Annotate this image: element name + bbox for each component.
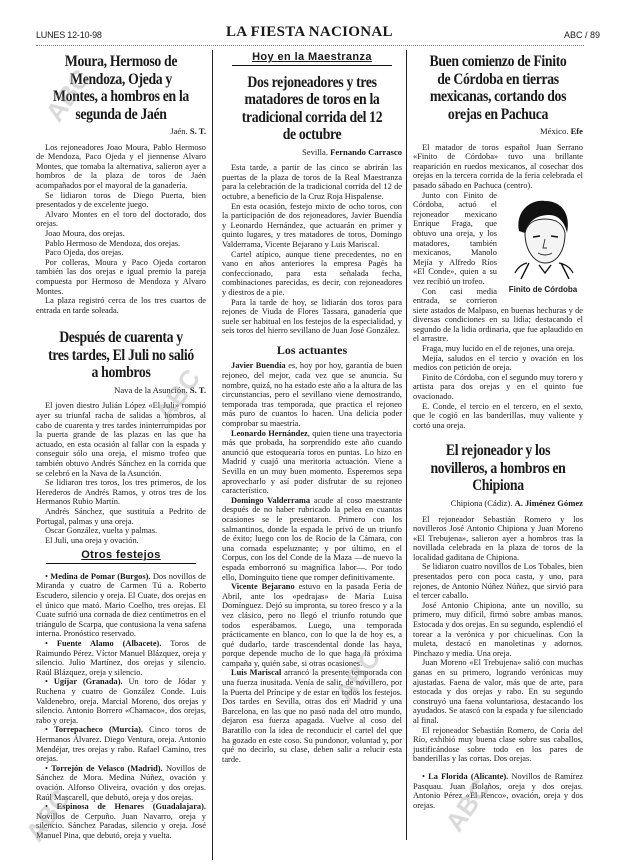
paragraph: Cartel atípico, aunque tiene precedentes…	[222, 250, 402, 298]
paragraph: Domingo Valderrama acude al coso maestra…	[222, 496, 402, 582]
paragraph: En esta ocasión, festejo mixto de ocho t…	[222, 202, 402, 250]
paragraph: El rejoneador Sebastián Romero y los nov…	[413, 515, 583, 563]
list-item: • Espinosa de Henares (Guadalajara). Nov…	[36, 802, 206, 840]
paragraph: Esta tarde, a partir de las cinco se abr…	[222, 163, 402, 201]
paragraph: Andrés Sánchez, que sustituía a Pedrito …	[36, 507, 206, 526]
article-chipiona: El rejoneador y los novilleros, a hombro…	[413, 442, 583, 810]
paragraph: La plaza registró cerca de los tres cuar…	[36, 296, 206, 315]
paragraph: Vicente Bejarano estuvo en la pasada Fer…	[222, 582, 402, 668]
paragraph: Alvaro Montes en el toro del doctorado, …	[36, 210, 206, 229]
paragraph: Luis Mariscal arrancó la presente tempor…	[222, 668, 402, 764]
paragraph: Pablo Hermoso de Mendoza, dos orejas.	[36, 239, 206, 249]
portrait-illustration	[505, 193, 581, 279]
paragraph: Leonardo Hernández, quien tiene una tray…	[222, 429, 402, 496]
page-number: ABC / 89	[564, 30, 600, 40]
paragraph: Se lidiaron tres toros, los tres primero…	[36, 478, 206, 507]
paragraph: Oscar González, vuelta y palmas.	[36, 526, 206, 536]
byline: Sevilla. Fernando Carrasco	[222, 148, 402, 158]
column-divider	[212, 50, 213, 860]
paragraph: José Antonio Chipiona, ante un novillo, …	[413, 601, 583, 659]
column-middle: Hoy en la Maestranza Dos rejoneadores y …	[222, 47, 402, 764]
paragraph: Se lidiaron cuatro novillos de Los Tobal…	[413, 562, 583, 600]
headline: El rejoneador y los novilleros, a hombro…	[425, 442, 571, 495]
paragraph: E. Conde, el tercio en el tercero, en el…	[413, 402, 583, 431]
masthead: LUNES 12-10-98 LA FIESTA NACIONAL ABC / …	[36, 24, 556, 44]
byline: Chipiona (Cádiz). A. Jiménez Gómez	[413, 499, 583, 509]
paragraph: El rejoneador Sebastián Romero, de Coria…	[413, 726, 583, 764]
photo-figure: Finito de Córdoba	[503, 193, 583, 295]
article-el-juli: Después de cuarenta y tres tardes, El Ju…	[36, 329, 206, 545]
headline: Dos rejoneadores y tres matadores de tor…	[235, 74, 390, 144]
masthead-rule	[36, 45, 584, 46]
byline: Jaén. S. T.	[36, 127, 206, 137]
column-left: Moura, Hermoso de Mendoza, Ojeda y Monte…	[36, 47, 206, 841]
paragraph: Mejía, saludos en el tercio y ovación en…	[413, 354, 583, 373]
newspaper-page: LUNES 12-10-98 LA FIESTA NACIONAL ABC / …	[0, 0, 620, 864]
section-kicker: Hoy en la Maestranza	[232, 51, 392, 66]
paragraph: Javier Buendía es, hoy por hoy, garantía…	[222, 361, 402, 428]
article-finito: Buen comienzo de Finito de Córdoba en ti…	[413, 53, 583, 430]
list-item: • Medina de Pomar (Burgos). Dos novillos…	[36, 572, 206, 639]
paragraph: Finito de Córdoba, con el segundo muy to…	[413, 373, 583, 402]
article-otros-festejos: Otros festejos • Medina de Pomar (Burgos…	[36, 549, 206, 840]
byline: México. Efe	[413, 127, 583, 137]
issue-date: LUNES 12-10-98	[36, 30, 102, 40]
photo-caption: Finito de Córdoba	[503, 285, 583, 295]
list-item: • Ugíjar (Granada). Un toro de Jódar y R…	[36, 677, 206, 725]
article-jaen: Moura, Hermoso de Mendoza, Ojeda y Monte…	[36, 53, 206, 315]
paragraph: Se lidiaron toros de Diego Puerta, bien …	[36, 191, 206, 210]
list-item: • Torrejón de Velasco (Madrid). Novillos…	[36, 764, 206, 802]
paragraph: Joao Moura, dos orejas.	[36, 229, 206, 239]
paragraph: Con casi media entrada, se corrieron sie…	[413, 287, 583, 345]
paragraph: El matador de toros español Juan Serrano…	[413, 143, 583, 191]
paragraph: Fraga, muy lucido en el de rejones, una …	[413, 344, 583, 354]
list-item: • Fuente Alamo (Albacete). Toros de Raim…	[36, 639, 206, 677]
headline: Moura, Hermoso de Mendoza, Ojeda y Monte…	[48, 53, 194, 123]
section-title: LA FIESTA NACIONAL	[226, 24, 393, 41]
column-divider	[406, 50, 407, 840]
article-maestranza: Hoy en la Maestranza Dos rejoneadores y …	[222, 51, 402, 764]
paragraph: Por colleras, Moura y Paco Ojeda cortaro…	[36, 258, 206, 296]
paragraph: Para la tarde de hoy, se lidiarán dos to…	[222, 298, 402, 336]
byline: Nava de la Asunción. S. T.	[36, 386, 206, 396]
paragraph: Juan Moreno «El Trebujena» salió con muc…	[413, 658, 583, 725]
paragraph: El joven diestro Julián López «El Juli» …	[36, 401, 206, 478]
list-item: • La Florida (Alicante). Novillos de Ram…	[413, 772, 583, 810]
paragraph: Paco Ojeda, dos orejas.	[36, 248, 206, 258]
column-right: Buen comienzo de Finito de Córdoba en ti…	[413, 47, 583, 810]
headline: Buen comienzo de Finito de Córdoba en ti…	[425, 53, 571, 123]
headline: Después de cuarenta y tres tardes, El Ju…	[48, 329, 194, 382]
subheading: Los actuantes	[222, 346, 402, 356]
paragraph: El Juli, una oreja y ovación.	[36, 536, 206, 546]
section-kicker: Otros festejos	[46, 549, 196, 564]
paragraph: Los rejoneadores Joao Moura, Pablo Hermo…	[36, 143, 206, 191]
list-item: • Torrepacheco (Murcia). Cinco toros de …	[36, 725, 206, 763]
